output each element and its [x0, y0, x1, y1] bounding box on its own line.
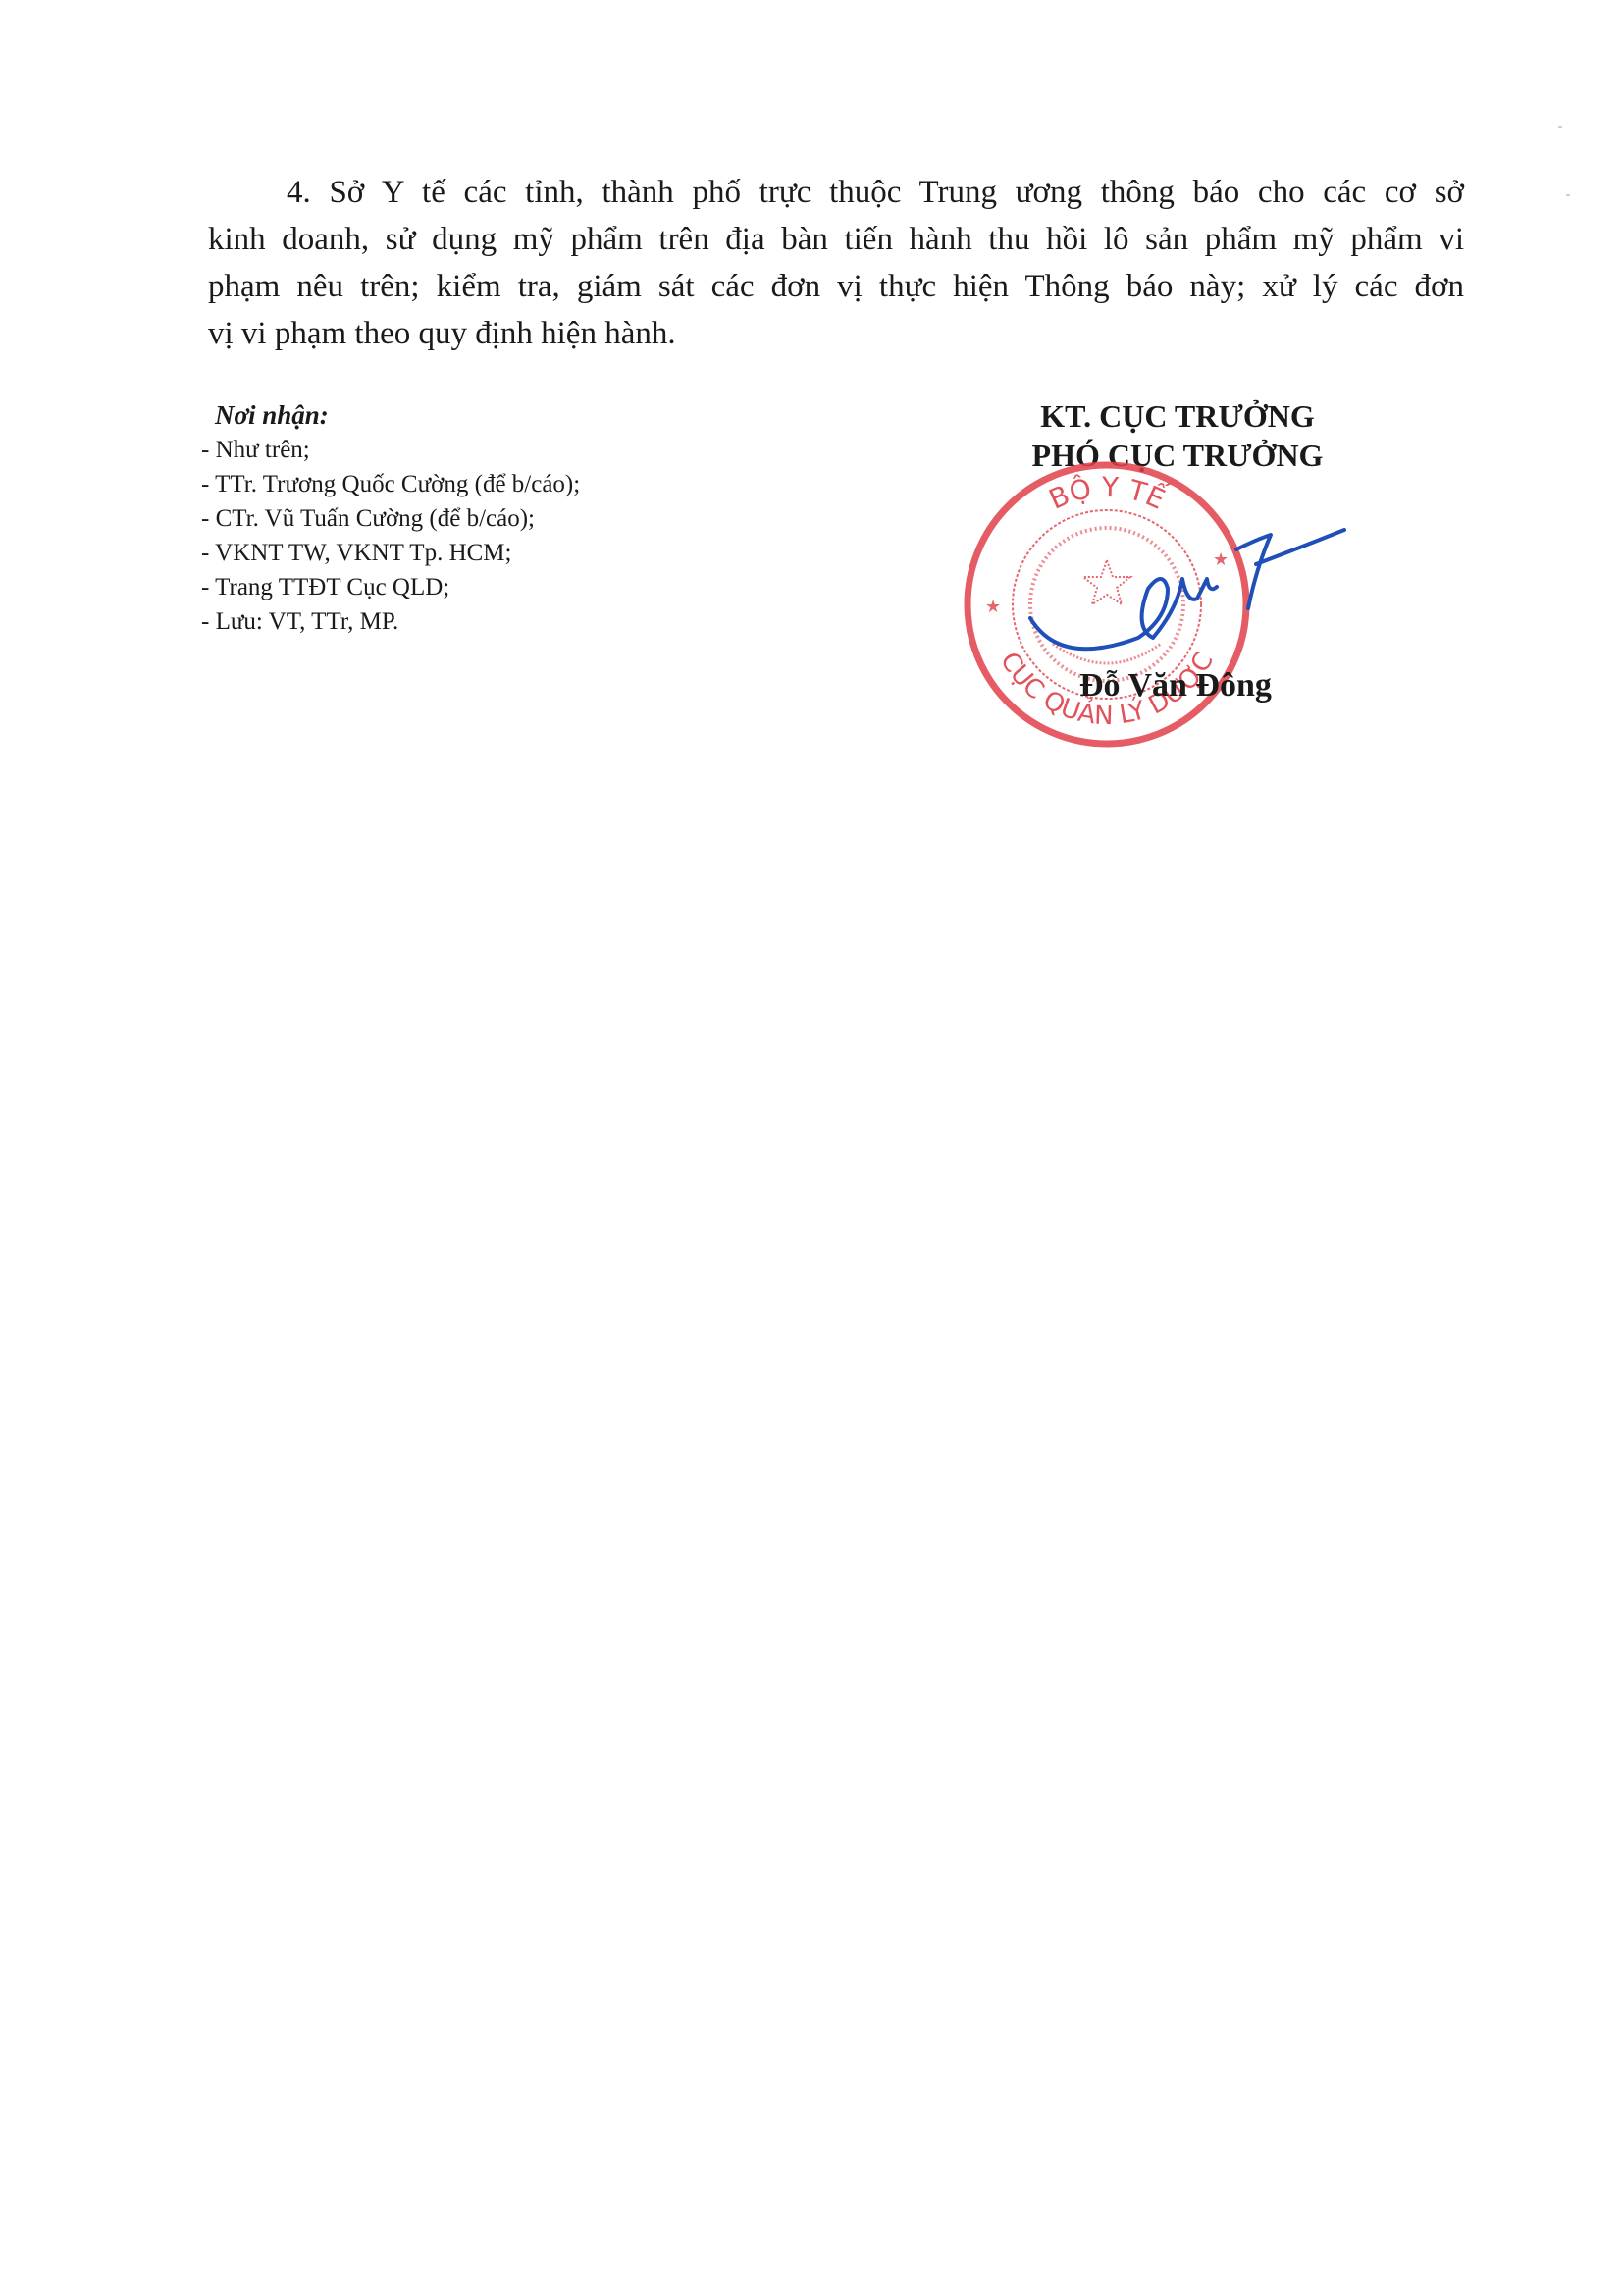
paragraph-line: vị vi phạm theo quy định hiện hành. [208, 310, 1464, 357]
recipients-list: Nơi nhận: - Như trên; - TTr. Trương Quốc… [201, 398, 580, 639]
recipient-item: - Lưu: VT, TTr, MP. [201, 604, 580, 639]
recipient-item: - TTr. Trương Quốc Cường (để b/cáo); [201, 467, 580, 501]
svg-text:★: ★ [985, 597, 1001, 617]
recipient-item: - Trang TTĐT Cục QLD; [201, 570, 580, 604]
signer-title-1: KT. CỤC TRƯỞNG [962, 396, 1393, 436]
paragraph-4: 4. Sở Y tế các tỉnh, thành phố trực thuộ… [208, 169, 1464, 357]
recipient-item: - CTr. Vũ Tuấn Cường (để b/cáo); [201, 501, 580, 536]
paragraph-line: phạm nêu trên; kiểm tra, giám sát các đơ… [208, 263, 1464, 310]
recipient-item: - VKNT TW, VKNT Tp. HCM; [201, 536, 580, 570]
scan-artifact [1558, 126, 1562, 128]
paragraph-line: 4. Sở Y tế các tỉnh, thành phố trực thuộ… [208, 169, 1464, 216]
handwritten-signature-icon [1021, 510, 1354, 667]
recipient-item: - Như trên; [201, 433, 580, 467]
paragraph-line: kinh doanh, sử dụng mỹ phẩm trên địa bàn… [208, 216, 1464, 263]
signer-name: Đỗ Văn Đông [1079, 667, 1272, 704]
scan-artifact [1566, 194, 1570, 196]
recipients-heading: Nơi nhận: [215, 398, 580, 433]
